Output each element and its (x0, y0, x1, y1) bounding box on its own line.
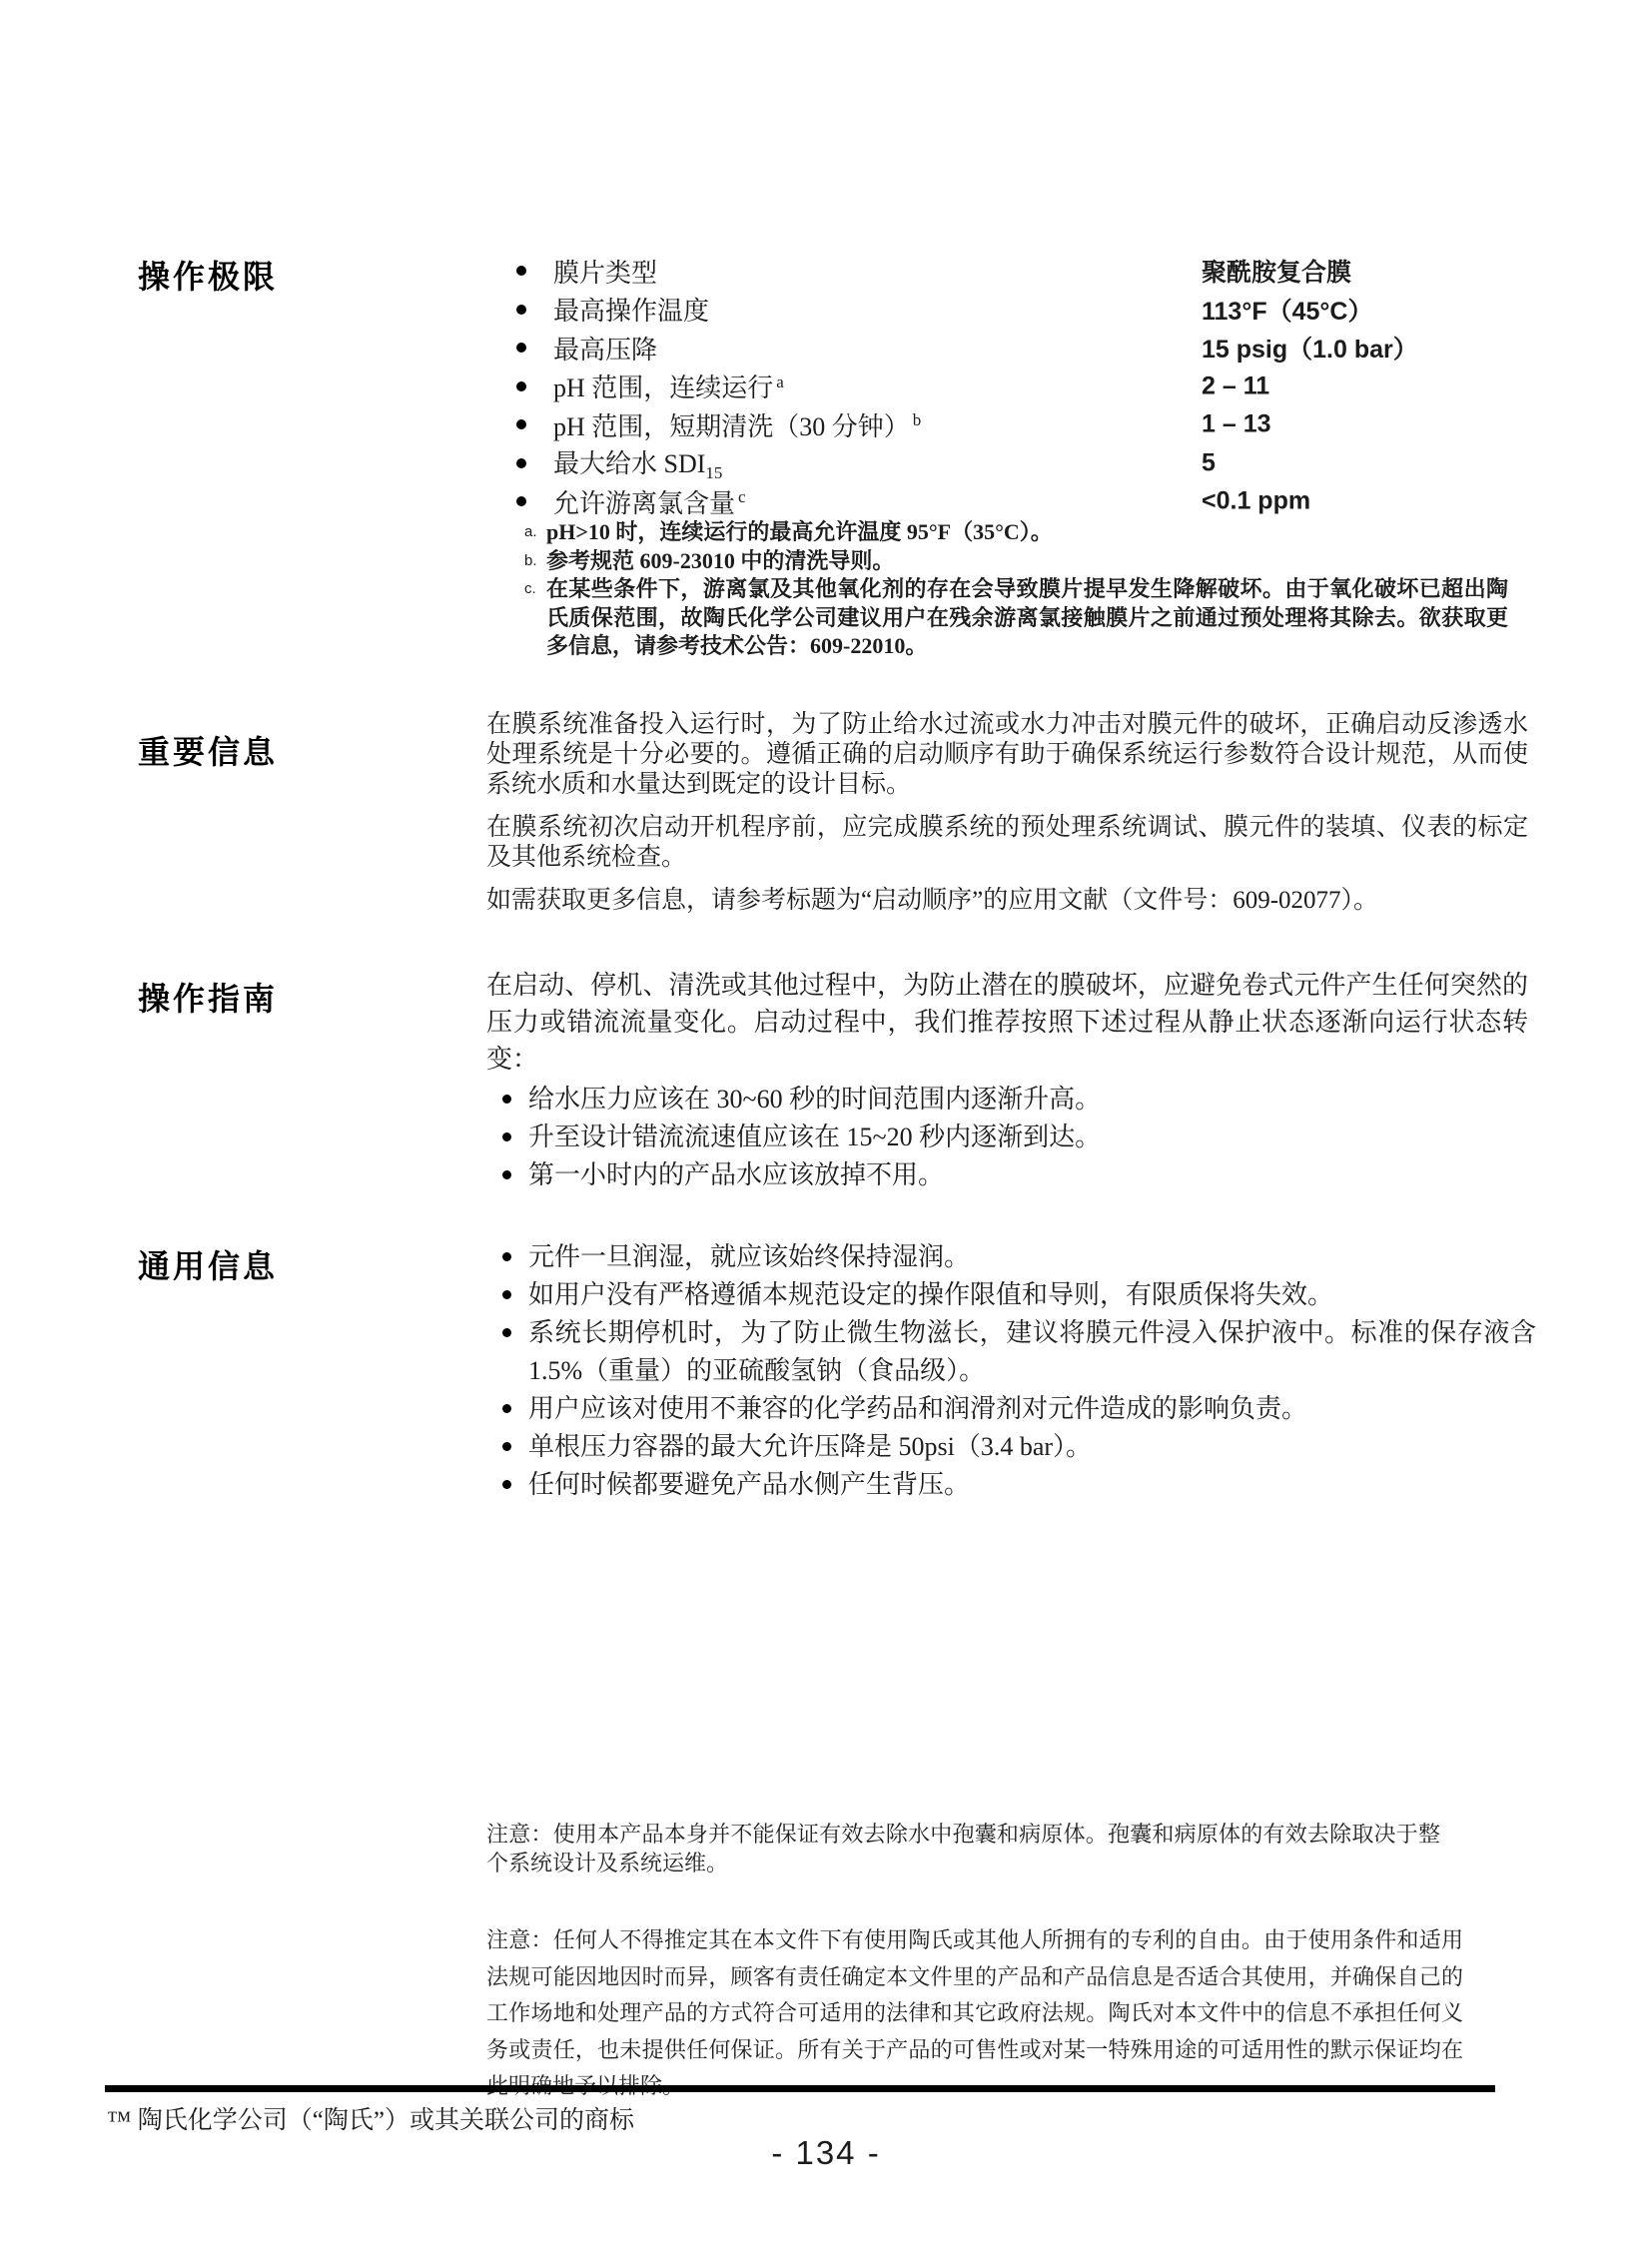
bullet-dot (502, 1290, 511, 1299)
limit-label: pH 范围，短期清洗（30 分钟）b (553, 406, 921, 443)
limit-label: pH 范围，连续运行a (553, 368, 784, 404)
section-heading-general-info: 通用信息 (138, 1241, 278, 1287)
footnote-ref: c (738, 487, 746, 506)
bullet-dot (502, 1328, 511, 1337)
document-page: 操作极限 膜片类型 聚酰胺复合膜 最高操作温度 113°F（45°C） 最高压降… (0, 0, 1652, 2242)
bullet-dot (502, 1442, 511, 1451)
list-item: 用户应该对使用不兼容的化学药品和润滑剂对元件造成的影响负责。 (502, 1390, 1536, 1428)
footnote-ref: b (913, 410, 922, 429)
bullet-dot (502, 1480, 511, 1489)
list-item: 升至设计错流流速值应该在 15~20 秒内逐渐到达。 (502, 1119, 1536, 1156)
footnote-text: pH>10 时，连续运行的最高允许温度 95°F（35°C）。 (546, 519, 1053, 544)
limit-value: <0.1 ppm (1202, 487, 1310, 516)
note-cysts-pathogens: 注意：使用本产品本身并不能保证有效去除水中孢囊和病原体。孢囊和病原体的有效去除取… (486, 1820, 1440, 1877)
list-item: 第一小时内的产品水应该放掉不用。 (502, 1156, 1536, 1194)
limit-row: pH 范围，短期清洗（30 分钟）b 1 – 13 (516, 405, 1575, 444)
list-item: 单根压力容器的最大允许压降是 50psi（3.4 bar）。 (502, 1428, 1536, 1466)
bullet-dot (516, 266, 526, 276)
footnote-text: 在某些条件下，游离氯及其他氧化剂的存在会导致膜片提早发生降解破坏。由于氧化破坏已… (546, 576, 1508, 658)
limit-value: 2 – 11 (1202, 372, 1269, 400)
limit-row: 最高操作温度 113°F（45°C） (516, 291, 1575, 330)
bullet-dot (502, 1252, 511, 1261)
trademark-notice: ™ 陶氏化学公司（“陶氏”）或其关联公司的商标 (107, 2100, 634, 2136)
sdi-subscript: 15 (705, 463, 722, 482)
paragraph: 在启动、停机、清洗或其他过程中，为防止潜在的膜破坏，应避免卷式元件产生任何突然的… (486, 967, 1528, 1078)
limit-row: 最大给水 SDI15 5 (516, 444, 1575, 483)
limit-value: 1 – 13 (1202, 410, 1271, 439)
footnote-b: b. 参考规范 609-23010 中的清洗导则。 (524, 547, 1508, 576)
general-info-list: 元件一旦润湿，就应该始终保持湿润。 如用户没有严格遵循本规范设定的操作限值和导则… (502, 1238, 1536, 1504)
footnote-marker: c. (524, 575, 536, 604)
footer-divider (105, 2085, 1495, 2092)
list-item: 任何时候都要避免产品水侧产生背压。 (502, 1466, 1536, 1504)
limit-label: 膜片类型 (553, 253, 657, 290)
limit-value: 113°F（45°C） (1202, 292, 1372, 328)
list-item: 如用户没有严格遵循本规范设定的操作限值和导则，有限质保将失效。 (502, 1276, 1536, 1314)
footnotes: a. pH>10 时，连续运行的最高允许温度 95°F（35°C）。 b. 参考… (524, 518, 1508, 661)
list-item: 元件一旦润湿，就应该始终保持湿润。 (502, 1238, 1536, 1276)
paragraph: 在膜系统初次启动开机程序前，应完成膜系统的预处理系统调试、膜元件的装填、仪表的标… (486, 813, 1528, 873)
bullet-dot (516, 458, 526, 468)
footnote-marker: a. (524, 518, 537, 547)
limit-value: 15 psig（1.0 bar） (1202, 330, 1418, 366)
limit-label: 允许游离氯含量c (553, 483, 746, 520)
limit-label: 最高操作温度 (553, 291, 709, 328)
important-info-paragraphs: 在膜系统准备投入运行时，为了防止给水过流或水力冲击对膜元件的破坏，正确启动反渗透… (486, 710, 1528, 929)
footnote-marker: b. (524, 547, 537, 576)
limit-label: 最大给水 SDI15 (553, 443, 722, 483)
limit-value: 聚酰胺复合膜 (1202, 253, 1351, 289)
operating-guidelines-intro: 在启动、停机、清洗或其他过程中，为防止潜在的膜破坏，应避免卷式元件产生任何突然的… (486, 967, 1528, 1091)
operating-guidelines-list: 给水压力应该在 30~60 秒的时间范围内逐渐升高。 升至设计错流流速值应该在 … (502, 1081, 1536, 1194)
limit-row: 允许游离氯含量c <0.1 ppm (516, 482, 1575, 521)
paragraph: 如需获取更多信息，请参考标题为“启动顺序”的应用文献（文件号：609-02077… (486, 886, 1528, 916)
footnote-c: c. 在某些条件下，游离氯及其他氧化剂的存在会导致膜片提早发生降解破坏。由于氧化… (524, 575, 1508, 661)
section-heading-operating-limits: 操作极限 (138, 252, 278, 298)
limit-row: 膜片类型 聚酰胺复合膜 (516, 252, 1575, 291)
bullet-dot (516, 381, 526, 391)
limit-row: pH 范围，连续运行a 2 – 11 (516, 368, 1575, 406)
limit-label: 最高压降 (553, 330, 657, 367)
note-legal-disclaimer: 注意：任何人不得推定其在本文件下有使用陶氏或其他人所拥有的专利的自由。由于使用条… (486, 1922, 1463, 2105)
bullet-dot (502, 1170, 511, 1179)
bullet-dot (502, 1404, 511, 1413)
list-item: 给水压力应该在 30~60 秒的时间范围内逐渐升高。 (502, 1081, 1536, 1119)
bullet-dot (516, 343, 526, 353)
limit-row: 最高压降 15 psig（1.0 bar） (516, 329, 1575, 368)
limit-value: 5 (1202, 448, 1216, 477)
bullet-dot (502, 1095, 511, 1104)
bullet-dot (516, 496, 526, 506)
footnote-text: 参考规范 609-23010 中的清洗导则。 (546, 548, 894, 573)
bullet-dot (502, 1132, 511, 1141)
section-heading-important-info: 重要信息 (138, 727, 278, 773)
paragraph: 在膜系统准备投入运行时，为了防止给水过流或水力冲击对膜元件的破坏，正确启动反渗透… (486, 710, 1528, 800)
operating-limits-list: 膜片类型 聚酰胺复合膜 最高操作温度 113°F（45°C） 最高压降 15 p… (516, 252, 1575, 521)
bullet-dot (516, 305, 526, 315)
footnote-a: a. pH>10 时，连续运行的最高允许温度 95°F（35°C）。 (524, 518, 1508, 547)
section-heading-operating-guidelines: 操作指南 (138, 974, 278, 1020)
footnote-ref: a (776, 373, 784, 391)
page-number: - 134 - (0, 2134, 1652, 2172)
list-item: 系统长期停机时，为了防止微生物滋长，建议将膜元件浸入保护液中。标准的保存液含 1… (502, 1314, 1536, 1390)
bullet-dot (516, 419, 526, 429)
